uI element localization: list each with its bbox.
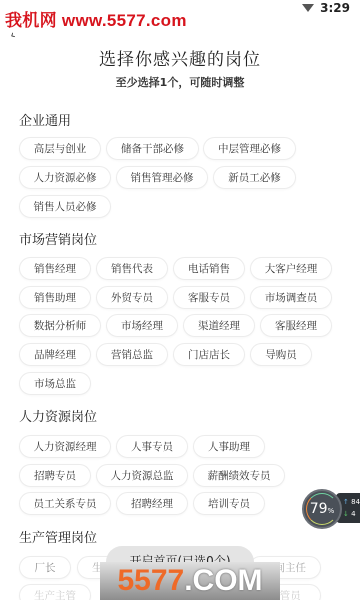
tag[interactable]: 人力资源总监 bbox=[96, 464, 188, 487]
tag[interactable]: 人力资源必修 bbox=[19, 166, 111, 189]
tag[interactable]: 人事助理 bbox=[193, 435, 265, 458]
tag[interactable]: 市场总监 bbox=[19, 372, 91, 395]
watermark-logo: 5577.COM bbox=[100, 562, 280, 600]
tag[interactable]: 销售经理 bbox=[19, 257, 91, 280]
tag[interactable]: 渠道经理 bbox=[183, 314, 255, 337]
tag[interactable]: 销售人员必修 bbox=[19, 195, 111, 218]
tag[interactable]: 电话销售 bbox=[173, 257, 245, 280]
status-time: 3:29 bbox=[320, 1, 350, 15]
tag[interactable]: 厂长 bbox=[19, 556, 71, 579]
logo-number: 5577 bbox=[117, 564, 184, 598]
tag[interactable]: 新员工必修 bbox=[213, 166, 296, 189]
tag[interactable]: 导购员 bbox=[250, 343, 312, 366]
upload-icon: ↑ bbox=[343, 498, 349, 506]
tag[interactable]: 招聘经理 bbox=[116, 492, 188, 515]
perf-unit: % bbox=[328, 507, 335, 515]
performance-monitor-widget[interactable]: 79% bbox=[302, 489, 342, 529]
page-subtitle: 至少选择1个，可随时调整 bbox=[0, 74, 360, 90]
tag[interactable]: 培训专员 bbox=[193, 492, 265, 515]
tag[interactable]: 高层与创业 bbox=[19, 137, 101, 160]
perf-percent: 79 bbox=[310, 501, 328, 517]
section-title-production: 生产管理岗位 bbox=[19, 527, 97, 546]
tag[interactable]: 门店店长 bbox=[173, 343, 245, 366]
section-title-general: 企业通用 bbox=[19, 110, 71, 129]
tag[interactable]: 销售代表 bbox=[96, 257, 168, 280]
tag[interactable]: 生产主管 bbox=[19, 584, 91, 600]
tag[interactable]: 人力资源经理 bbox=[19, 435, 111, 458]
perf-down-value: 4 bbox=[351, 510, 355, 518]
section-title-hr: 人力资源岗位 bbox=[19, 406, 97, 425]
tag[interactable]: 市场经理 bbox=[106, 314, 178, 337]
tag[interactable]: 储备干部必修 bbox=[106, 137, 199, 160]
section-title-marketing: 市场营销岗位 bbox=[19, 229, 97, 248]
tag[interactable]: 招聘专员 bbox=[19, 464, 91, 487]
download-icon: ↓ bbox=[343, 510, 349, 518]
tag[interactable]: 销售管理必修 bbox=[116, 166, 208, 189]
tag[interactable]: 数据分析师 bbox=[19, 314, 101, 337]
perf-up-value: 84 bbox=[351, 498, 360, 506]
tag[interactable]: 客服经理 bbox=[260, 314, 332, 337]
tag[interactable]: 薪酬绩效专员 bbox=[193, 464, 285, 487]
status-right: 3:29 bbox=[302, 1, 350, 15]
logo-com: .COM bbox=[184, 564, 262, 598]
page-title: 选择你感兴趣的岗位 bbox=[0, 45, 360, 70]
tag[interactable]: 营销总监 bbox=[96, 343, 168, 366]
tag[interactable]: 客服专员 bbox=[173, 286, 245, 309]
tag[interactable]: 中层管理必修 bbox=[203, 137, 296, 160]
tag[interactable]: 市场调查员 bbox=[250, 286, 332, 309]
tag[interactable]: 销售助理 bbox=[19, 286, 91, 309]
watermark-text: 我机网 www.5577.com bbox=[5, 6, 187, 31]
tag[interactable]: 外贸专员 bbox=[96, 286, 168, 309]
tag[interactable]: 大客户经理 bbox=[250, 257, 332, 280]
tag[interactable]: 人事专员 bbox=[116, 435, 188, 458]
wifi-icon bbox=[302, 4, 314, 12]
tag[interactable]: 品牌经理 bbox=[19, 343, 91, 366]
tag[interactable]: 员工关系专员 bbox=[19, 492, 111, 515]
